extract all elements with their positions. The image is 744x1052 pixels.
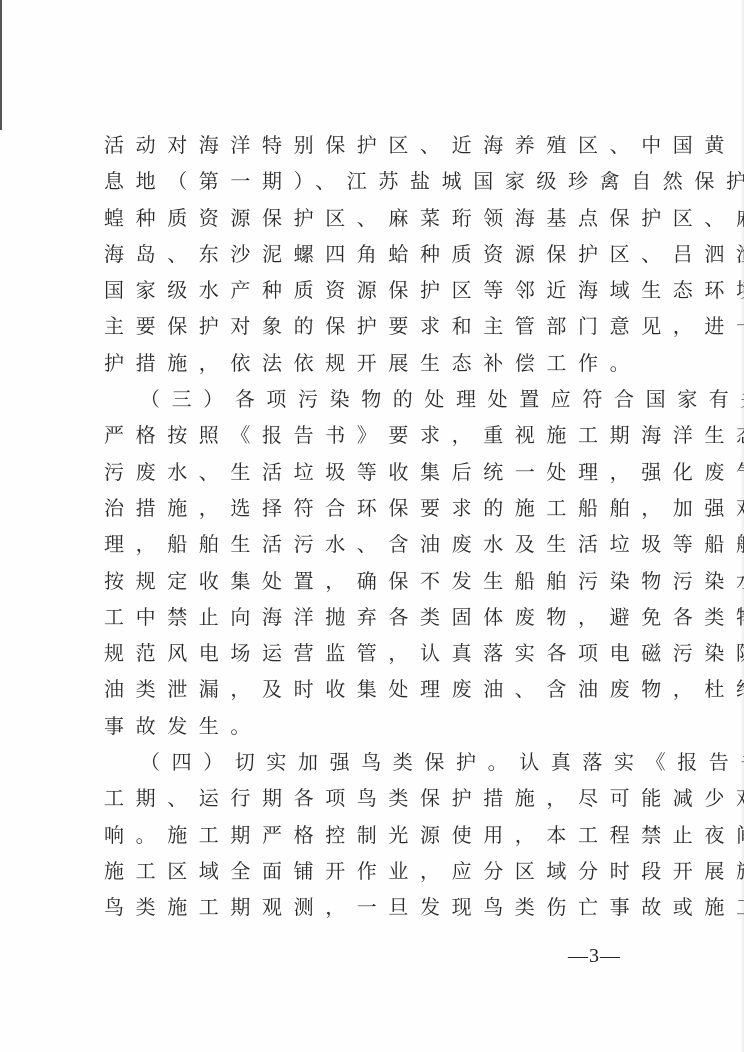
text-line: 严格按照《报告书》要求，重视施工期海洋生态环境保护工作。 [104, 417, 652, 453]
text-line: 按规定收集处置，确保不发生船舶污染物污染水域的事故；施 [104, 563, 652, 599]
text-line: 污废水、生活垃圾等收集后统一处理，强化废气、噪声污染防 [104, 454, 652, 490]
section-heading-line-3: （三）各项污染物的处理处置应符合国家有关规定和标准。 [104, 381, 652, 417]
text-line: 工期、运行期各项鸟类保护措施，尽可能减少对鸟类的不利影 [104, 780, 652, 816]
text-line: 主要保护对象的保护要求和主管部门意见，进一步强化相关保 [104, 308, 652, 344]
page-number: —3— [568, 945, 621, 968]
text-line: 国家级水产种质资源保护区等邻近海域生态环境的影响。结合 [104, 272, 652, 308]
document-page: 活动对海洋特别保护区、近海养殖区、中国黄（渤）海候鸟栖 息地（第一期）、江苏盐城… [0, 0, 744, 1052]
text-line: 理，船舶生活污水、含油废水及生活垃圾等船舶污染物应严格 [104, 526, 652, 562]
text-line: 活动对海洋特别保护区、近海养殖区、中国黄（渤）海候鸟栖 [104, 127, 652, 163]
text-line: 工中禁止向海洋抛弃各类固体废物，避免各类物料散落海域。 [104, 599, 652, 635]
body-text: 活动对海洋特别保护区、近海养殖区、中国黄（渤）海候鸟栖 息地（第一期）、江苏盐城… [104, 127, 652, 926]
section-heading-line-4: （四）切实加强鸟类保护。认真落实《报告书》提出的施 [104, 744, 652, 780]
text-line: 蝗种质资源保护区、麻菜珩领海基点保护区、麻菜珩特别保护 [104, 200, 652, 236]
text-line: 事故发生。 [104, 708, 652, 744]
text-line: 油类泄漏，及时收集处理废油、含油废物，杜绝海洋环境污染 [104, 671, 652, 707]
scan-edge-left [0, 0, 2, 130]
text-line: 息地（第一期）、江苏盐城国家级珍禽自然保护区、盐城泥螺石 [104, 163, 652, 199]
text-line: 治措施，选择符合环保要求的施工船舶，加强对施工船舶的管 [104, 490, 652, 526]
text-line: 护措施，依法依规开展生态补偿工作。 [104, 345, 652, 381]
text-line: 响。施工期严格控制光源使用，本工程禁止夜间施工，避免在 [104, 817, 652, 853]
text-line: 规范风电场运营监管，认真落实各项电磁污染防治措施；防止 [104, 635, 652, 671]
text-line: 施工区域全面铺开作业，应分区域分时段开展施工活动。开展 [104, 853, 652, 889]
text-line: 海岛、东沙泥螺四角蛤种质资源保护区、吕泗渔场小黄鱼银鲳 [104, 236, 652, 272]
text-line: 鸟类施工期观测，一旦发现鸟类伤亡事故或施工区域出现大量 [104, 889, 652, 925]
